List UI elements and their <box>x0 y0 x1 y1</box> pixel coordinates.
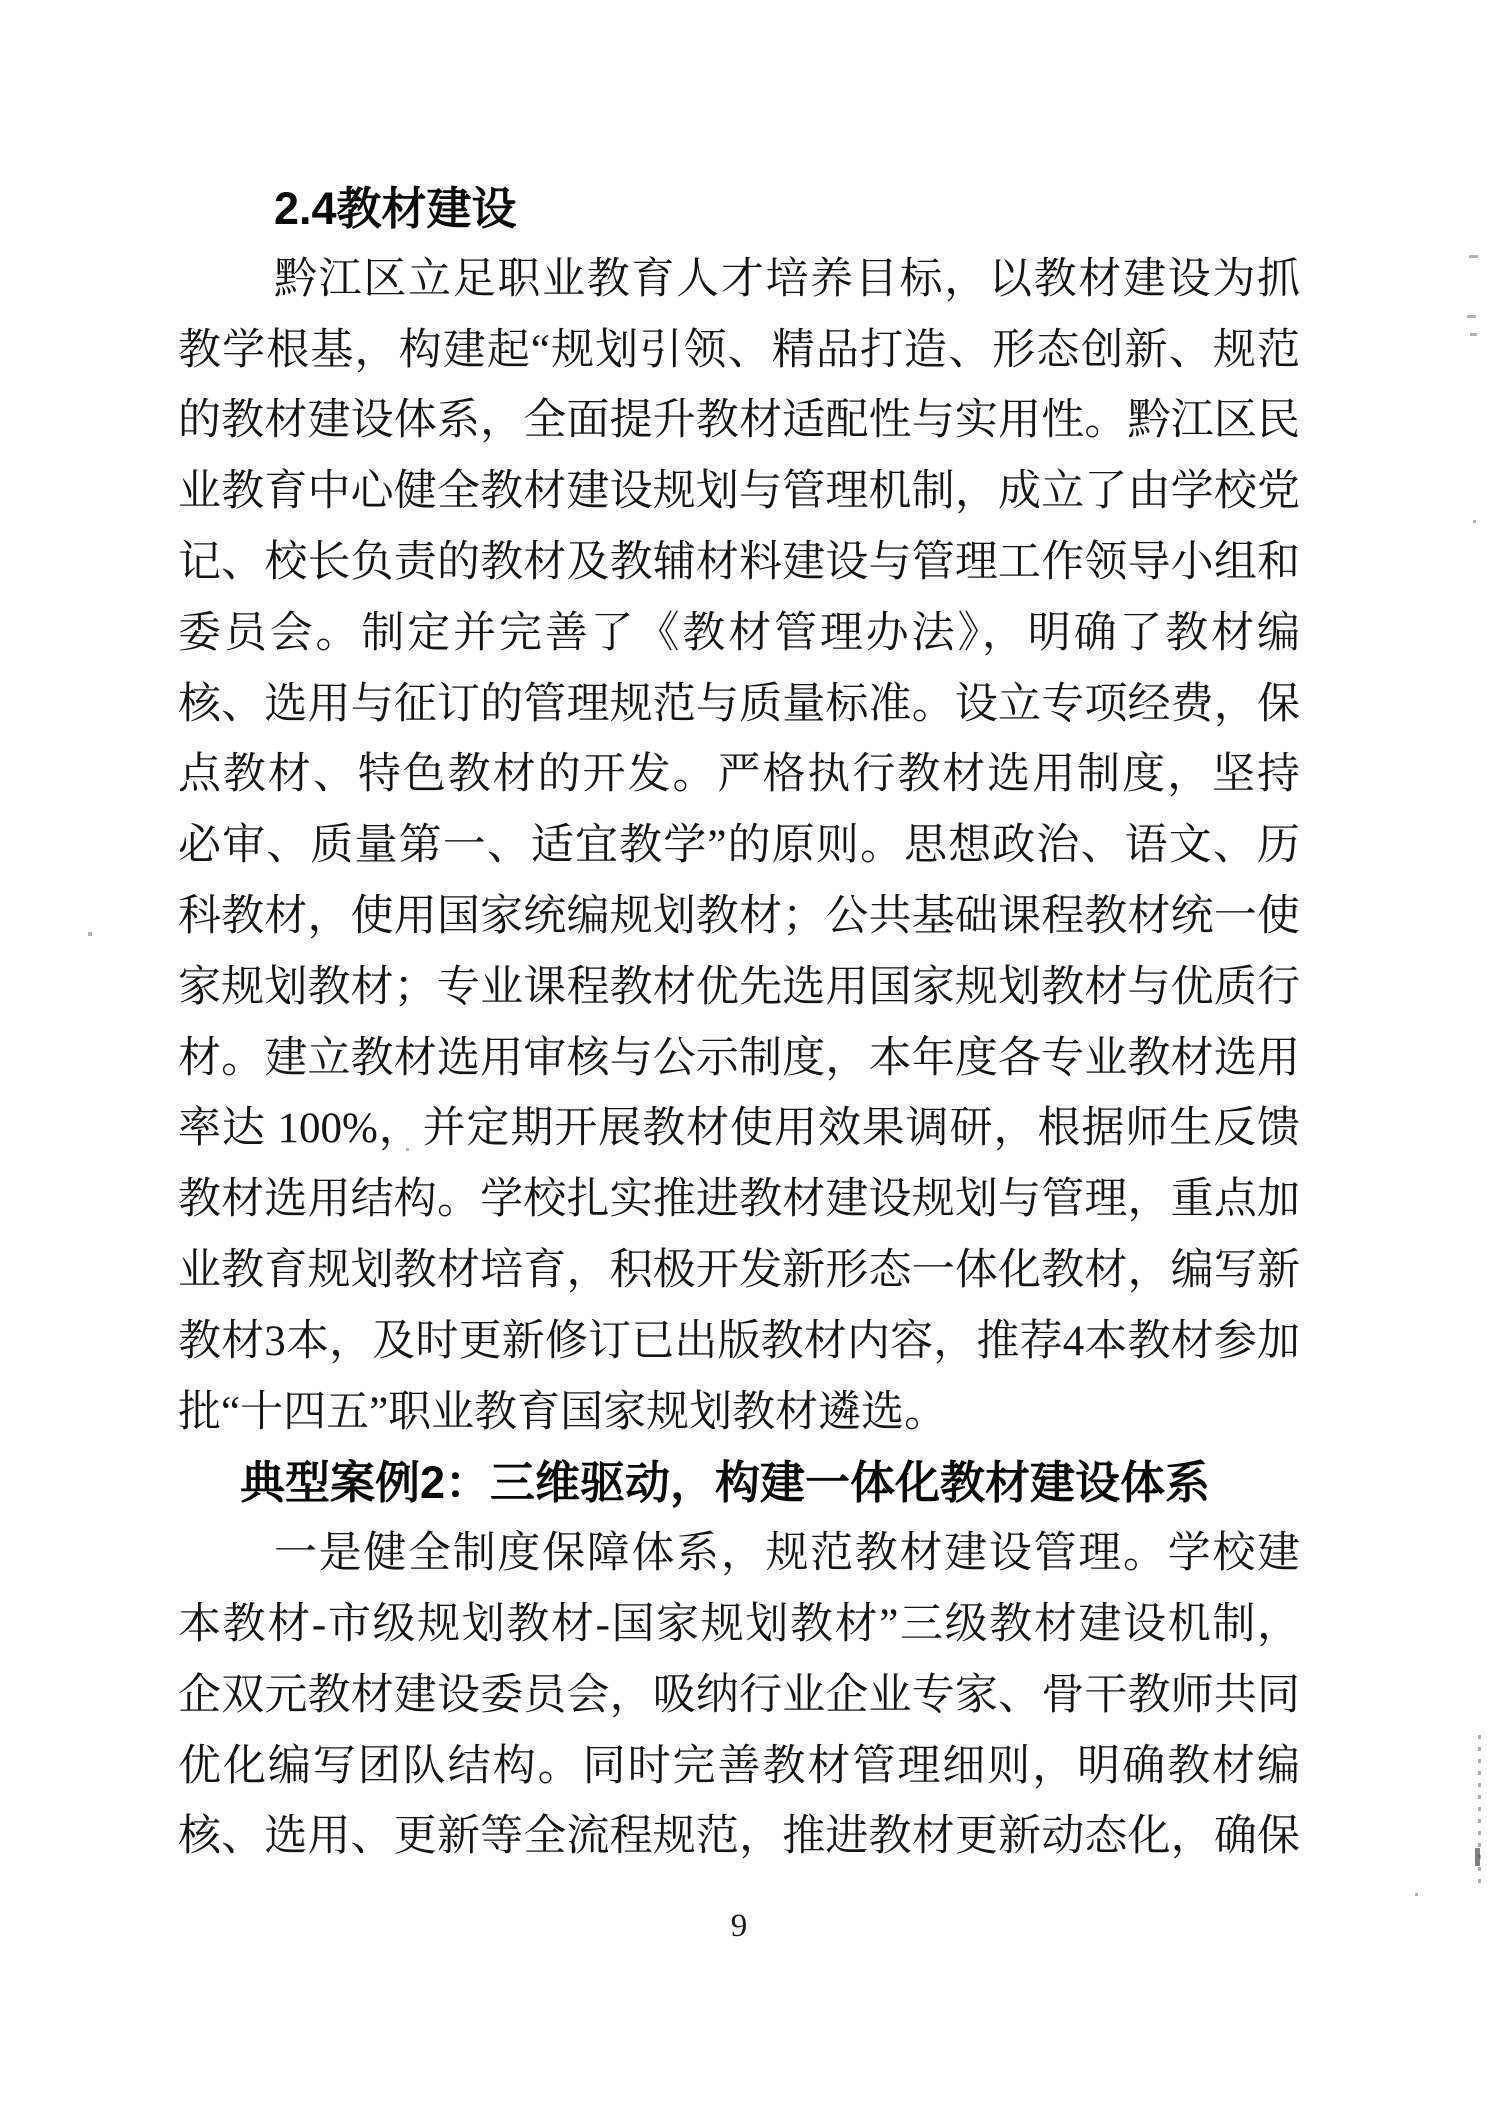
scan-artifact-dot <box>406 1148 409 1151</box>
scanned-document-page: 2.4教材建设黔江区立足职业教育人才培养目标，以教材建设为抓手夯实教学根基，构建… <box>0 0 1490 2104</box>
text-line: 批“十四五”职业教育国家规划教材遴选。 <box>178 1378 1300 1449</box>
page-number: 9 <box>178 1908 1300 1945</box>
text-line: 核、选用与征订的管理规范与质量标准。设立专项经费，保障重 <box>178 670 1300 741</box>
text-line: 教学根基，构建起“规划引领、精品打造、形态创新、规范选用” <box>178 316 1300 387</box>
text-line: 必审、质量第一、适宜教学”的原则。思想政治、语文、历史三 <box>178 811 1300 882</box>
text-line: 优化编写团队结构。同时完善教材管理细则，明确教材编写、审 <box>178 1732 1300 1803</box>
text-line: 材。建立教材选用审核与公示制度，本年度各专业教材选用合规 <box>178 1024 1300 1095</box>
text-line: 委员会。制定并完善了《教材管理办法》，明确了教材编写、审 <box>178 599 1300 670</box>
text-line: 教材3本，及时更新修订已出版教材内容，推荐4本教材参加第二 <box>178 1307 1300 1378</box>
scan-artifact-dotted-line <box>1478 1735 1481 1890</box>
section-heading: 2.4教材建设 <box>178 174 1300 245</box>
text-line: 核、选用、更新等全流程规范，推进教材更新动态化，确保教材 <box>178 1802 1300 1873</box>
text-line: 记、校长负责的教材及教辅材料建设与管理工作领导小组和选用 <box>178 528 1300 599</box>
scan-artifact-dash <box>1470 333 1477 336</box>
case-heading: 典型案例2：三维驱动，构建一体化教材建设体系 <box>178 1448 1300 1519</box>
scan-artifact-dot <box>1415 1893 1418 1896</box>
scan-artifact-dot <box>88 932 92 936</box>
text-line: 业教育中心健全教材建设规划与管理机制，成立了由学校党委书 <box>178 457 1300 528</box>
text-line: 点教材、特色教材的开发。严格执行教材选用制度，坚持“凡选 <box>178 740 1300 811</box>
text-line: 教材选用结构。学校扎实推进教材建设规划与管理，重点加强职 <box>178 1165 1300 1236</box>
text-line: 一是健全制度保障体系，规范教材建设管理。学校建立“校 <box>178 1519 1300 1590</box>
text-line: 率达 100%，并定期开展教材使用效果调研，根据师生反馈优化 <box>178 1094 1300 1165</box>
text-line: 的教材建设体系，全面提升教材适配性与实用性。黔江区民族职 <box>178 386 1300 457</box>
scan-artifact-dash <box>1469 255 1478 258</box>
scan-artifact-dot <box>1473 520 1476 523</box>
text-line: 本教材-市级规划教材-国家规划教材”三级教材建设机制，成立校 <box>178 1590 1300 1661</box>
scan-artifact-dash <box>1467 315 1476 318</box>
text-line: 家规划教材；专业课程教材优先选用国家规划教材与优质行业教 <box>178 953 1300 1024</box>
text-line: 业教育规划教材培育，积极开发新形态一体化教材，编写新形态 <box>178 1236 1300 1307</box>
text-line: 科教材，使用国家统编规划教材；公共基础课程教材统一使用国 <box>178 882 1300 953</box>
scan-artifact-blob <box>1475 1848 1480 1866</box>
text-line: 黔江区立足职业教育人才培养目标，以教材建设为抓手夯实 <box>178 245 1300 316</box>
document-text: 2.4教材建设黔江区立足职业教育人才培养目标，以教材建设为抓手夯实教学根基，构建… <box>178 174 1300 1873</box>
text-line: 企双元教材建设委员会，吸纳行业企业专家、骨干教师共同参与， <box>178 1661 1300 1732</box>
